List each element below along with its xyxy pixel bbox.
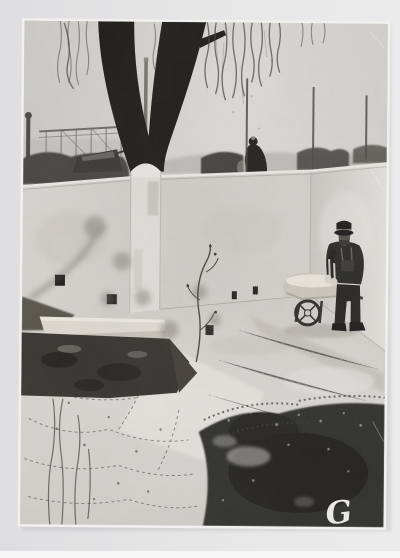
photograph: G	[0, 0, 400, 558]
photo-emulsion: G	[20, 20, 388, 533]
photo-inscription: G	[324, 494, 354, 533]
scan-bottom-strip	[0, 551, 400, 558]
photo-canvas: G	[0, 0, 400, 558]
photo-print: G	[18, 18, 390, 533]
film-grain	[20, 20, 388, 527]
